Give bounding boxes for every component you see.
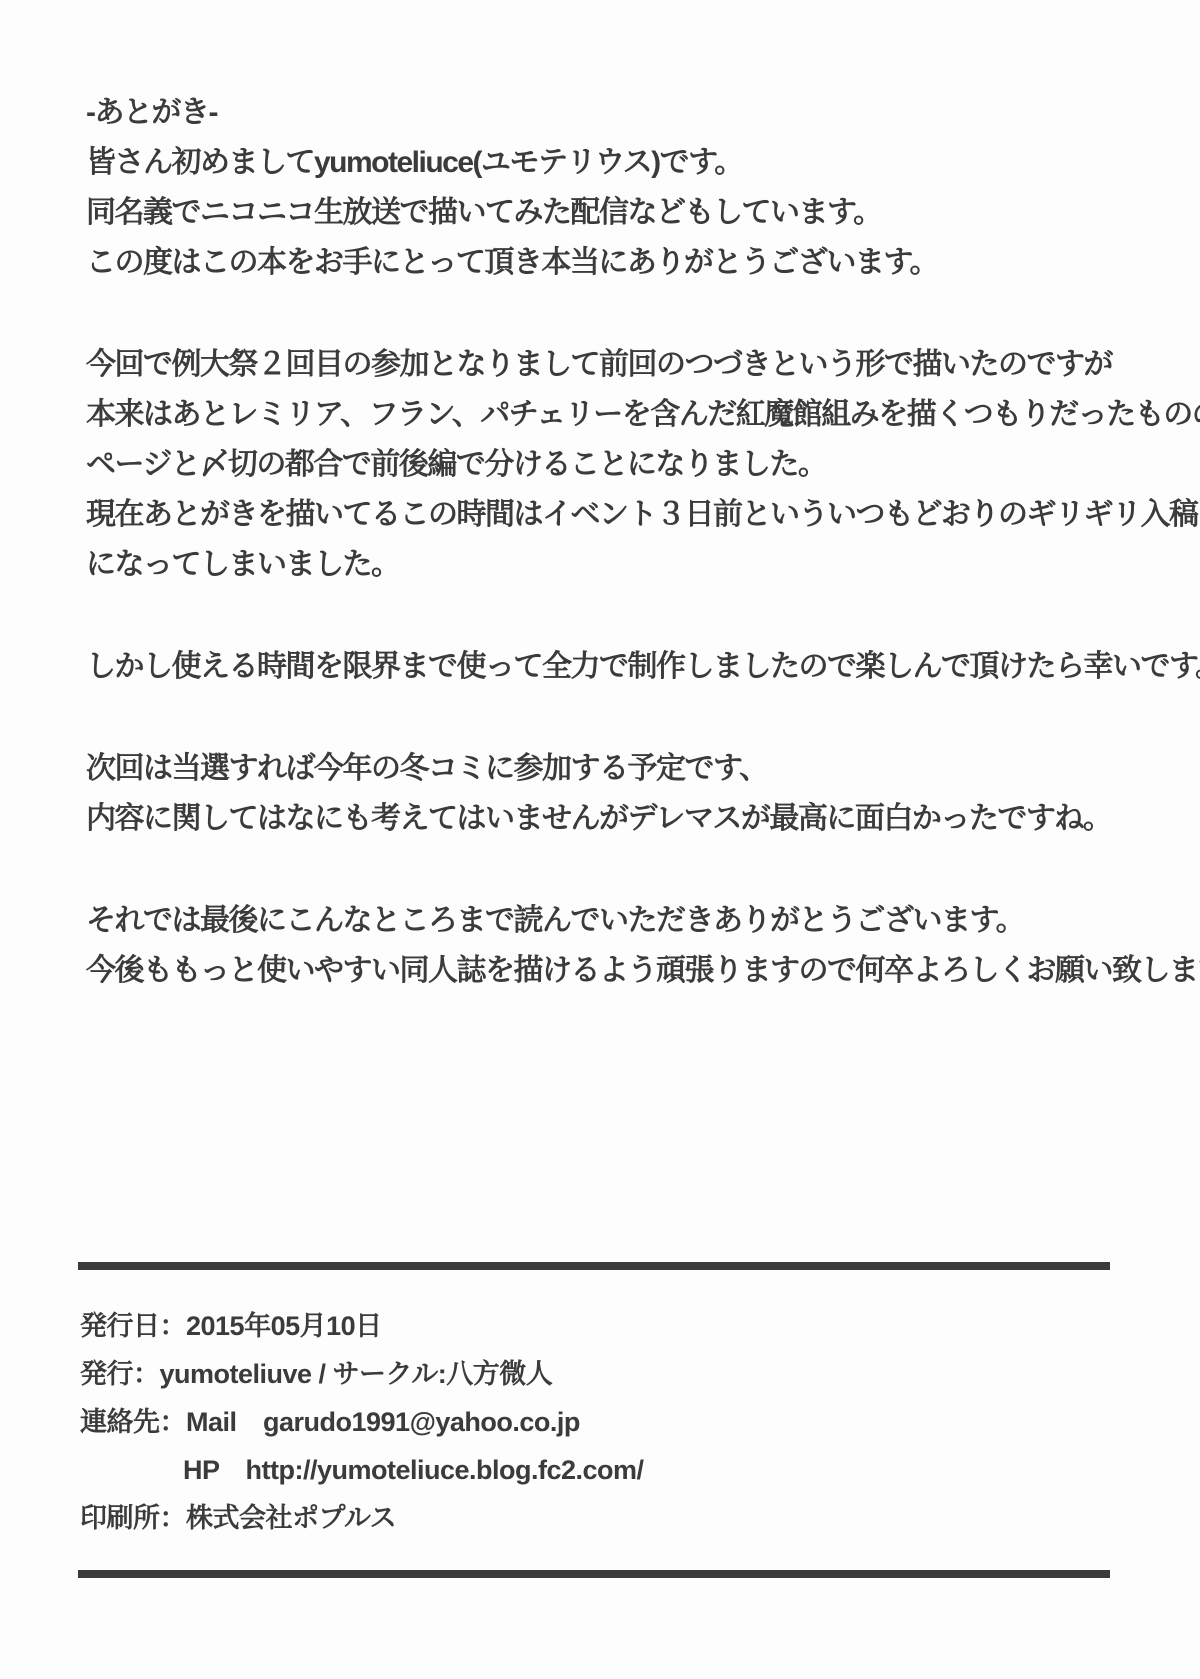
publisher-text: 発行：yumoteliuve / サークル:八方微人: [80, 1350, 644, 1398]
text-line: 今後ももっと使いやすい同人誌を描けるよう頑張りますので何卒よろしくお願い致します…: [86, 946, 1166, 996]
colophon-divider-top: [78, 1262, 1110, 1270]
text-line: それでは最後にこんなところまで読んでいただきありがとうございます。: [86, 896, 1166, 946]
text-line: になってしまいました。: [86, 540, 1166, 590]
publish-date-text: 発行日：2015年05月10日: [80, 1302, 644, 1350]
text-line: 今回で例大祭２回目の参加となりまして前回のつづきという形で描いたのですが: [86, 340, 1166, 390]
text-line: この度はこの本をお手にとって頂き本当にありがとうございます。: [86, 238, 1166, 288]
text-line: 内容に関してはなにも考えてはいませんがデレマスが最高に面白かったですね。: [86, 794, 1166, 844]
contact-hp-url-text: HP http://yumoteliuce.blog.fc2.com/: [80, 1446, 644, 1494]
text-line: 次回は当選すれば今年の冬コミに参加する予定です、: [86, 744, 1166, 794]
colophon-section: 発行日：2015年05月10日 発行：yumoteliuve / サークル:八方…: [80, 1302, 644, 1542]
text-line: 同名義でニコニコ生放送で描いてみた配信などもしています。: [86, 188, 1166, 238]
text-line: 皆さん初めましてyumoteliuce(ユモテリウス)です。: [86, 138, 1166, 188]
text-line: ページと〆切の都合で前後編で分けることになりました。: [86, 440, 1166, 490]
printer-text: 印刷所：株式会社ポプルス: [80, 1494, 644, 1542]
contact-mail-text: 連絡先：Mail garudo1991@yahoo.co.jp: [80, 1398, 644, 1446]
colophon-divider-bottom: [78, 1570, 1110, 1578]
afterword-paragraph: それでは最後にこんなところまで読んでいただきありがとうございます。 今後ももっと…: [86, 896, 1166, 996]
afterword-intro-paragraph: -あとがき- 皆さん初めましてyumoteliuce(ユモテリウス)です。 同名…: [86, 88, 1166, 288]
afterword-page: -あとがき- 皆さん初めましてyumoteliuce(ユモテリウス)です。 同名…: [0, 0, 1200, 1679]
afterword-paragraph: 次回は当選すれば今年の冬コミに参加する予定です、 内容に関してはなにも考えてはい…: [86, 744, 1166, 844]
afterword-section: -あとがき- 皆さん初めましてyumoteliuce(ユモテリウス)です。 同名…: [86, 88, 1166, 996]
text-line: 現在あとがきを描いてるこの時間はイベント３日前といういつもどおりのギリギリ入稿: [86, 490, 1166, 540]
afterword-title: -あとがき-: [86, 88, 1166, 138]
text-line: しかし使える時間を限界まで使って全力で制作しましたので楽しんで頂けたら幸いです。: [86, 642, 1166, 692]
afterword-paragraph: しかし使える時間を限界まで使って全力で制作しましたので楽しんで頂けたら幸いです。: [86, 642, 1166, 692]
text-line: 本来はあとレミリア、フラン、パチェリーを含んだ紅魔館組みを描くつもりだったものの: [86, 390, 1166, 440]
afterword-paragraph: 今回で例大祭２回目の参加となりまして前回のつづきという形で描いたのですが 本来は…: [86, 340, 1166, 590]
